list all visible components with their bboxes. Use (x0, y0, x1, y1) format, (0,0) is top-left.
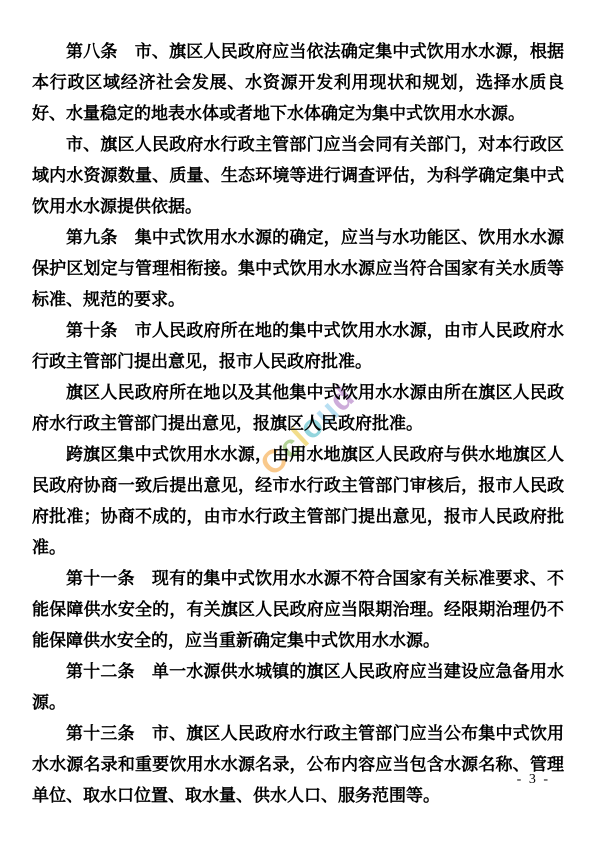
paragraph-article-10-3: 跨旗区集中式饮用水水源，由用水地旗区人民政府与供水地旗区人民政府协商一致后提出意… (32, 439, 564, 563)
paragraph-article-8: 第八条 市、旗区人民政府应当依法确定集中式饮用水水源，根据本行政区域经济社会发展… (32, 36, 564, 129)
paragraph-article-13: 第十三条 市、旗区人民政府水行政主管部门应当公布集中式饮用水水源名录和重要饮用水… (32, 718, 564, 811)
page-number: - 3 - (517, 772, 550, 788)
paragraph-article-8-2: 市、旗区人民政府水行政主管部门应当会同有关部门，对本行政区域内水资源数量、质量、… (32, 129, 564, 222)
paragraph-article-11: 第十一条 现有的集中式饮用水水源不符合国家有关标准要求、不能保障供水安全的，有关… (32, 563, 564, 656)
paragraph-article-12: 第十二条 单一水源供水城镇的旗区人民政府应当建设应急备用水源。 (32, 656, 564, 718)
document-body: 第八条 市、旗区人民政府应当依法确定集中式饮用水水源，根据本行政区域经济社会发展… (32, 36, 564, 811)
document-page: Ccloud 第八条 市、旗区人民政府应当依法确定集中式饮用水水源，根据本行政区… (0, 0, 595, 841)
paragraph-article-10: 第十条 市人民政府所在地的集中式饮用水水源，由市人民政府水行政主管部门提出意见，… (32, 315, 564, 377)
paragraph-article-10-2: 旗区人民政府所在地以及其他集中式饮用水水源由所在旗区人民政府水行政主管部门提出意… (32, 377, 564, 439)
paragraph-article-9: 第九条 集中式饮用水水源的确定，应当与水功能区、饮用水水源保护区划定与管理相衔接… (32, 222, 564, 315)
